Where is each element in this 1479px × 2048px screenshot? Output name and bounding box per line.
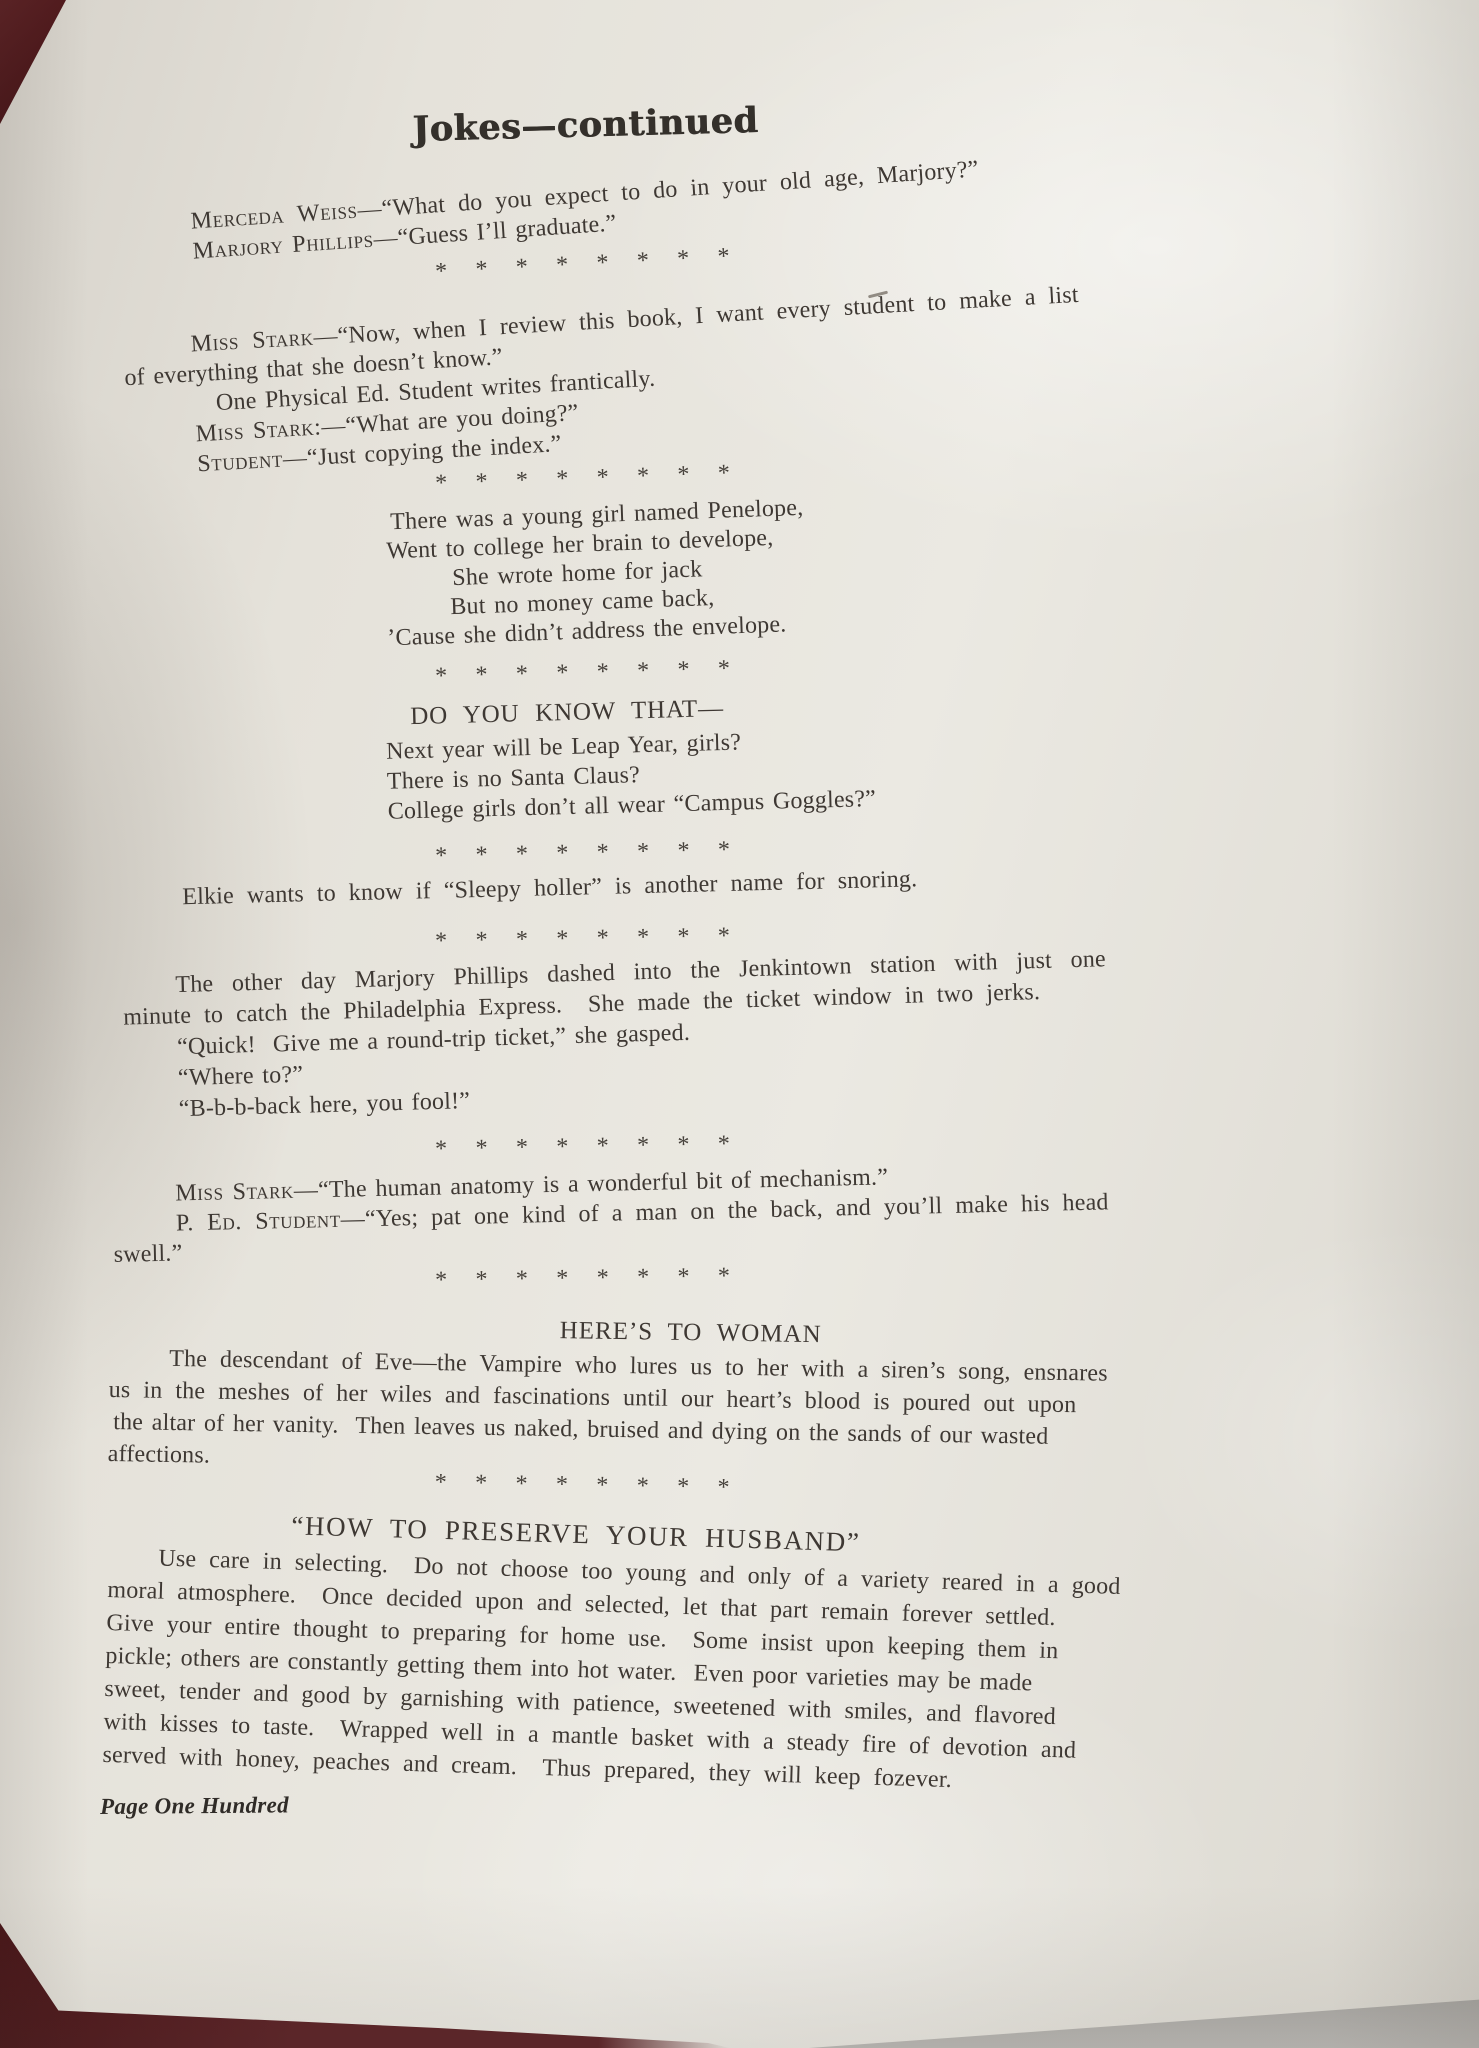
section-preserve-husband: “HOW TO PRESERVE YOUR HUSBAND” Use care … xyxy=(102,1504,1060,1800)
yearbook-scanned-page: Jokes—continued Merceda Weiss—“What do y… xyxy=(0,0,1479,2048)
speaker-name: Miss Stark xyxy=(175,1178,294,1207)
joke-human-anatomy: Miss Stark—“The human anatomy is a wonde… xyxy=(110,1158,1062,1270)
book-cover-corner-top-left xyxy=(0,0,66,124)
limerick-penelope: There was a young girl named Penelope, W… xyxy=(110,485,1064,663)
speaker-name: Student xyxy=(197,447,284,478)
speaker-name: P. Ed. Student xyxy=(176,1207,341,1237)
joke-jenkintown-station: The other day Marjory Phillips dashed in… xyxy=(110,945,1064,1126)
asterisk-separator: * * * * * * * * xyxy=(110,1120,1385,1169)
background-surface-bottom-right xyxy=(809,1986,1479,2048)
page-footer: Page One Hundred xyxy=(100,1792,289,1820)
section-heres-to-woman: HERE’S TO WOMAN The descendant of Eve—th… xyxy=(107,1308,1059,1485)
speaker-name: Miss Stark xyxy=(190,325,314,358)
page-title: Jokes—continued xyxy=(110,92,1091,158)
book-cover-edge-bottom-left xyxy=(0,1923,730,2048)
section-do-you-know: DO YOU KNOW THAT— Next year will be Leap… xyxy=(110,685,1063,834)
